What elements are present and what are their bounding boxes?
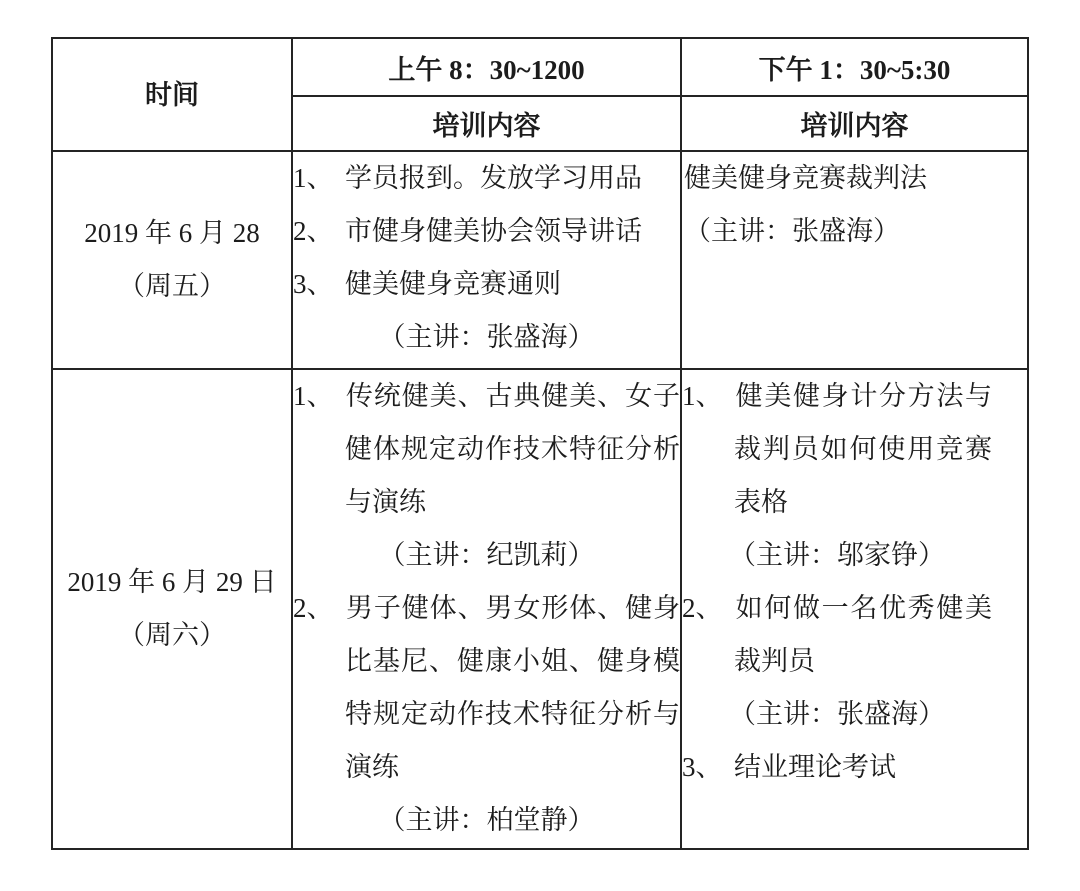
date-cell-day1: 2019 年 6 月 28 （周五） [52, 151, 292, 369]
header-morning-content-label: 培训内容 [292, 96, 681, 151]
item-text: 结业理论考试 [734, 752, 896, 782]
speaker-line: （主讲：张盛海） [682, 688, 992, 741]
item-text: 如何做一名优秀健美裁判员 [734, 593, 992, 676]
afternoon-cell-day1: 健美健身竞赛裁判法 （主讲：张盛海） [681, 151, 1028, 369]
schedule-item: 2、男子健体、男女形体、健身比基尼、健康小姐、健身模特规定动作技术特征分析与演练 [293, 582, 680, 794]
item-number: 3、 [293, 258, 345, 311]
item-text: 学员报到。发放学习用品 [345, 163, 642, 193]
schedule-item: 2、市健身健美协会领导讲话 [293, 205, 680, 258]
speaker-line: （主讲：纪凯莉） [293, 529, 680, 582]
item-text: 健美健身竞赛裁判法 [682, 152, 992, 205]
item-text: 传统健美、古典健美、女子健体规定动作技术特征分析与演练 [345, 381, 680, 517]
schedule-item: 3、健美健身竞赛通则 [293, 258, 680, 311]
speaker-line: （主讲：邬家铮） [682, 529, 992, 582]
item-number: 2、 [293, 582, 345, 635]
item-number: 2、 [682, 582, 734, 635]
afternoon-cell-day2: 1、健美健身计分方法与裁判员如何使用竞赛表格 （主讲：邬家铮） 2、如何做一名优… [681, 369, 1028, 849]
date-line: 2019 年 6 月 28 [53, 207, 291, 260]
date-cell-day2: 2019 年 6 月 29 日 （周六） [52, 369, 292, 849]
header-morning-time: 上午 8：30~1200 [292, 38, 681, 96]
item-text: 市健身健美协会领导讲话 [345, 216, 642, 246]
training-schedule-table: 时间 上午 8：30~1200 下午 1：30~5:30 培训内容 培训内容 2… [51, 37, 1029, 850]
weekday-line: （周六） [53, 609, 291, 662]
schedule-item: 2、如何做一名优秀健美裁判员 [682, 582, 992, 688]
page: 时间 上午 8：30~1200 下午 1：30~5:30 培训内容 培训内容 2… [0, 0, 1080, 891]
header-afternoon-time: 下午 1：30~5:30 [681, 38, 1028, 96]
schedule-item: 1、健美健身计分方法与裁判员如何使用竞赛表格 [682, 370, 992, 529]
item-text: 健美健身计分方法与裁判员如何使用竞赛表格 [734, 381, 992, 517]
schedule-row-day1: 2019 年 6 月 28 （周五） 1、学员报到。发放学习用品 2、市健身健美… [52, 151, 1028, 369]
weekday-line: （周五） [53, 260, 291, 313]
speaker-line: （主讲：柏堂静） [293, 794, 680, 847]
header-time-cell: 时间 [52, 38, 292, 151]
speaker-line: （主讲：张盛海） [293, 311, 680, 364]
schedule-item: 1、学员报到。发放学习用品 [293, 152, 680, 205]
header-afternoon-content-label: 培训内容 [681, 96, 1028, 151]
morning-cell-day2: 1、传统健美、古典健美、女子健体规定动作技术特征分析与演练 （主讲：纪凯莉） 2… [292, 369, 681, 849]
item-number: 3、 [682, 741, 734, 794]
schedule-item: 1、传统健美、古典健美、女子健体规定动作技术特征分析与演练 [293, 370, 680, 529]
schedule-item: 3、结业理论考试 [682, 741, 992, 794]
item-text: 男子健体、男女形体、健身比基尼、健康小姐、健身模特规定动作技术特征分析与演练 [345, 593, 680, 782]
time-header-label: 时间 [53, 69, 291, 122]
header-row-times: 时间 上午 8：30~1200 下午 1：30~5:30 [52, 38, 1028, 96]
item-number: 1、 [293, 370, 345, 423]
item-number: 1、 [682, 370, 734, 423]
item-number: 1、 [293, 152, 345, 205]
speaker-line: （主讲：张盛海） [682, 205, 992, 258]
date-line: 2019 年 6 月 29 日 [53, 556, 291, 609]
schedule-row-day2: 2019 年 6 月 29 日 （周六） 1、传统健美、古典健美、女子健体规定动… [52, 369, 1028, 849]
item-number: 2、 [293, 205, 345, 258]
morning-cell-day1: 1、学员报到。发放学习用品 2、市健身健美协会领导讲话 3、健美健身竞赛通则 （… [292, 151, 681, 369]
item-text: 健美健身竞赛通则 [345, 269, 561, 299]
